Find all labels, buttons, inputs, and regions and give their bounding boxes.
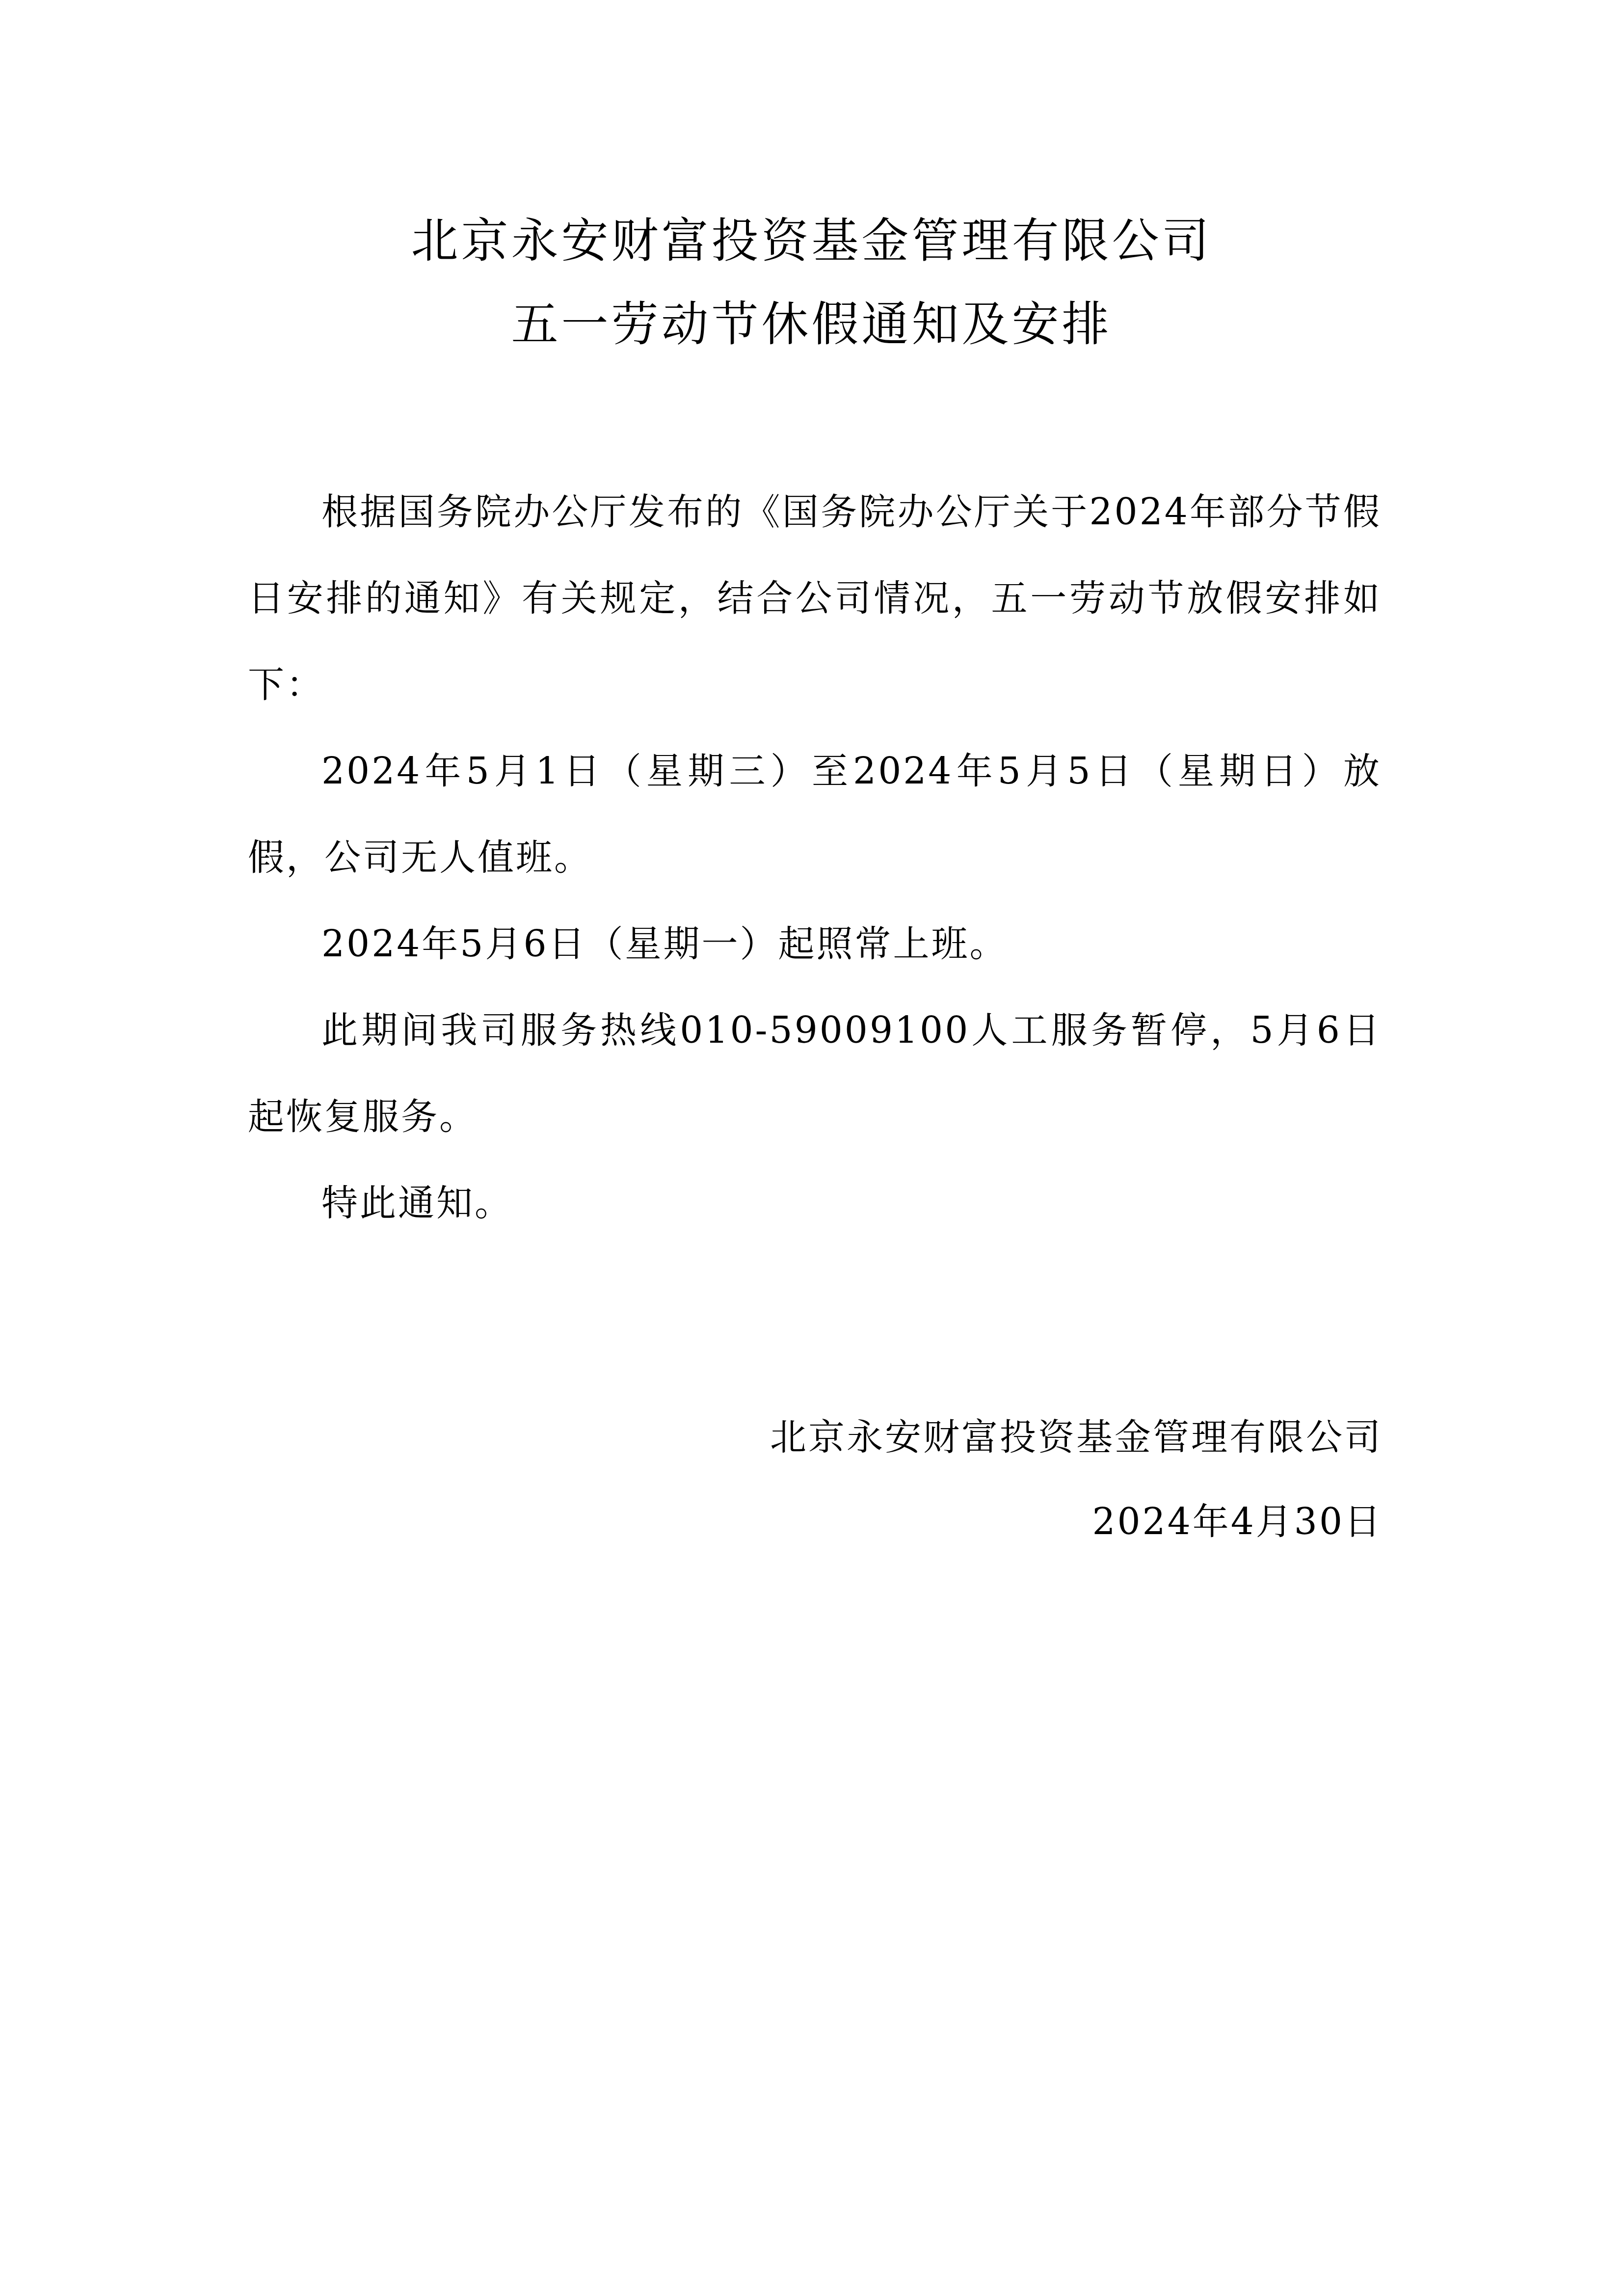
signature-date: 2024年4月30日: [1092, 1492, 1383, 1551]
paragraph-holiday-dates: 2024年5月1日（星期三）至2024年5月5日（星期日）放假，公司无人值班。: [248, 728, 1382, 901]
paragraph-closing: 特此通知。: [248, 1160, 1382, 1246]
paragraph-hotline-notice: 此期间我司服务热线010-59009100人工服务暂停，5月6日起恢复服务。: [248, 987, 1382, 1160]
document-page: 北京永安财富投资基金管理有限公司 五一劳动节休假通知及安排 根据国务院办公厅发布…: [0, 0, 1623, 2296]
paragraph-basis: 根据国务院办公厅发布的《国务院办公厅关于2024年部分节假日安排的通知》有关规定…: [248, 469, 1382, 728]
signature-company: 北京永安财富投资基金管理有限公司: [770, 1408, 1383, 1467]
document-title-notice: 五一劳动节休假通知及安排: [0, 295, 1623, 353]
paragraph-return-to-work: 2024年5月6日（星期一）起照常上班。: [248, 901, 1382, 987]
document-body: 根据国务院办公厅发布的《国务院办公厅关于2024年部分节假日安排的通知》有关规定…: [248, 469, 1382, 1246]
document-title-company: 北京永安财富投资基金管理有限公司: [0, 211, 1623, 270]
